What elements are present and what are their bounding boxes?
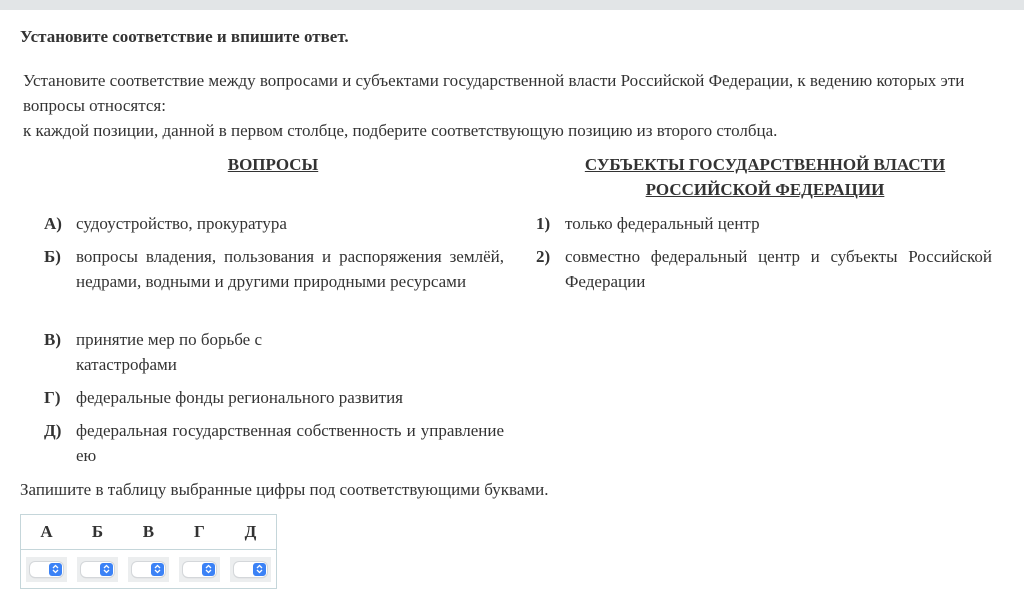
updown-chevron-icon [100, 563, 113, 576]
questions-heading: ВОПРОСЫ [40, 152, 506, 177]
column-header-g: Г [174, 515, 225, 550]
updown-chevron-icon [49, 563, 62, 576]
answer-select-v[interactable] [132, 562, 165, 577]
item-text: совместно федеральный центр и субъекты Р… [565, 244, 992, 294]
answer-select-a[interactable] [30, 562, 63, 577]
task-title: Установите соответствие и впишите ответ. [20, 27, 349, 47]
item-label: Б) [44, 244, 76, 294]
answer-table: А Б В Г Д [20, 514, 277, 589]
item-label: 1) [536, 211, 565, 236]
question-item-a: А) судоустройство, прокуратура [44, 211, 504, 236]
answer-select-b[interactable] [81, 562, 114, 577]
item-text: только федеральный центр [565, 211, 760, 236]
item-text: принятие мер по борьбе с катастрофами [76, 327, 304, 377]
updown-chevron-icon [202, 563, 215, 576]
question-item-g: Г) федеральные фонды регионального разви… [44, 385, 504, 410]
updown-chevron-icon [151, 563, 164, 576]
item-text: вопросы владения, пользования и распоряж… [76, 244, 504, 294]
updown-chevron-icon [253, 563, 266, 576]
item-label: Г) [44, 385, 76, 410]
answer-select-g[interactable] [183, 562, 216, 577]
item-text: судоустройство, прокуратура [76, 211, 287, 236]
subjects-heading-line-2: РОССИЙСКОЙ ФЕДЕРАЦИИ [530, 177, 1000, 202]
subject-item-2: 2) совместно федеральный центр и субъект… [536, 244, 992, 294]
subject-item-1: 1) только федеральный центр [536, 211, 992, 236]
item-label: 2) [536, 244, 565, 294]
column-header-b: Б [72, 515, 123, 550]
item-label: В) [44, 327, 76, 377]
question-item-v: В) принятие мер по борьбе с катастрофами [44, 327, 304, 377]
subjects-heading-line-1: СУБЪЕКТЫ ГОСУДАРСТВЕННОЙ ВЛАСТИ [530, 152, 1000, 177]
intro-line-1: Установите соответствие между вопросами … [23, 68, 1013, 118]
answer-select-d[interactable] [234, 562, 267, 577]
column-header-d: Д [225, 515, 277, 550]
item-label: А) [44, 211, 76, 236]
question-item-b: Б) вопросы владения, пользования и распо… [44, 244, 504, 294]
task-intro: Установите соответствие между вопросами … [23, 68, 1013, 143]
item-label: Д) [44, 418, 76, 468]
subjects-heading: СУБЪЕКТЫ ГОСУДАРСТВЕННОЙ ВЛАСТИ РОССИЙСК… [530, 152, 1000, 202]
item-text: федеральная государственная собственност… [76, 418, 504, 468]
item-text: федеральные фонды регионального развития [76, 385, 403, 410]
answer-instruction: Запишите в таблицу выбранные цифры под с… [20, 480, 549, 500]
column-header-a: А [21, 515, 73, 550]
intro-line-2: к каждой позиции, данной в первом столбц… [23, 118, 1013, 143]
question-item-d: Д) федеральная государственная собственн… [44, 418, 504, 468]
top-bar [0, 0, 1024, 10]
column-header-v: В [123, 515, 174, 550]
